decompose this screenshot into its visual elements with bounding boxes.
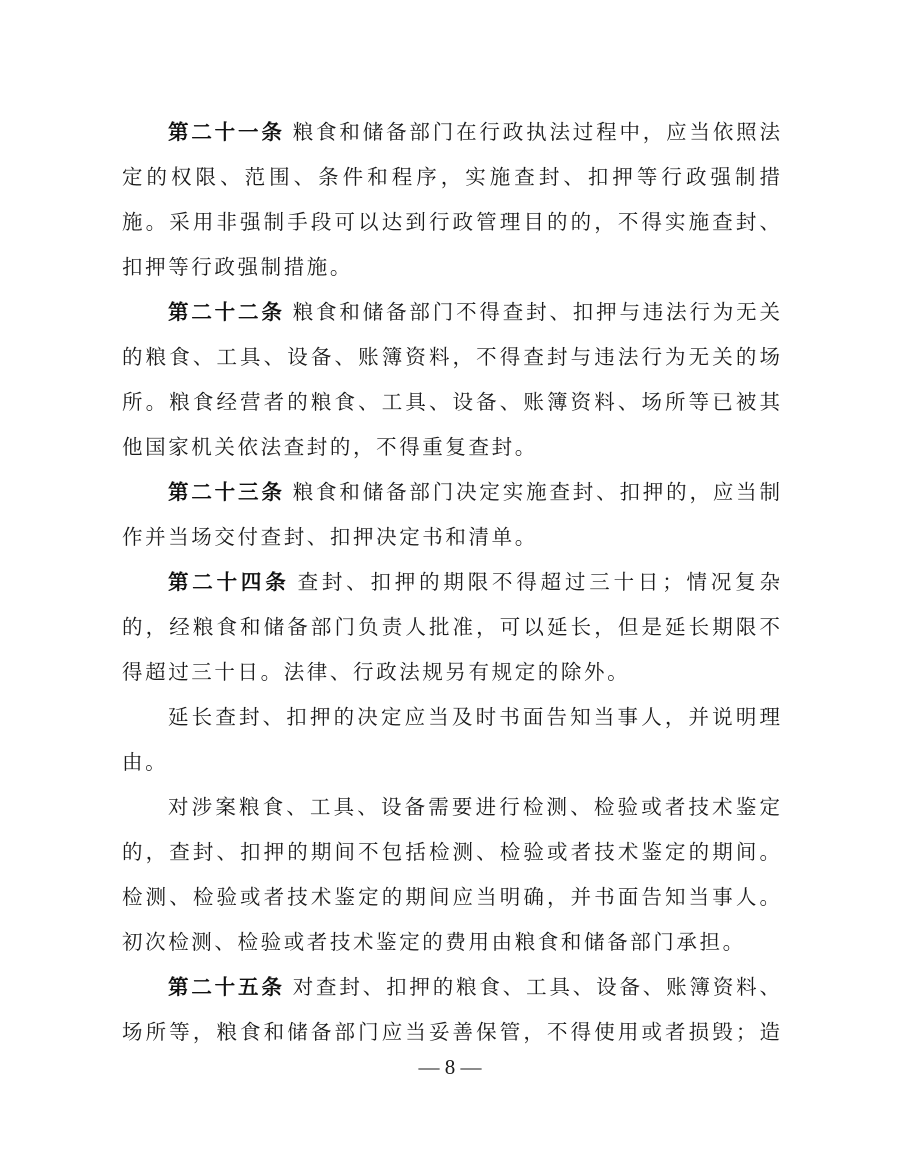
- article-24-para-2-line-1: 延长查封、扣押的决定应当及时书面告知当事人，并说明理: [122, 695, 780, 740]
- article-text: 查封、扣押的期限不得超过三十日；情况复杂: [298, 570, 780, 594]
- article-number: 第二十二条: [168, 300, 285, 324]
- article-23-line-1: 第二十三条粮食和储备部门决定实施查封、扣押的，应当制: [122, 470, 780, 515]
- article-25-line-2: 场所等，粮食和储备部门应当妥善保管，不得使用或者损毁；造: [122, 1010, 780, 1055]
- article-22-line-4: 他国家机关依法查封的，不得重复查封。: [122, 425, 780, 470]
- article-text: 粮食和储备部门在行政执法过程中，应当依照法: [293, 120, 780, 144]
- article-text: 粮食和储备部门决定实施查封、扣押的，应当制: [293, 480, 780, 504]
- article-24-para-3-line-4: 初次检测、检验或者技术鉴定的费用由粮食和储备部门承担。: [122, 920, 780, 965]
- article-number: 第二十一条: [168, 120, 285, 144]
- article-24-line-3: 得超过三十日。法律、行政法规另有规定的除外。: [122, 650, 780, 695]
- article-24-line-1: 第二十四条查封、扣押的期限不得超过三十日；情况复杂: [122, 560, 780, 605]
- article-23-line-2: 作并当场交付查封、扣押决定书和清单。: [122, 515, 780, 560]
- article-text: 粮食和储备部门不得查封、扣押与违法行为无关: [293, 300, 780, 324]
- article-number: 第二十三条: [168, 480, 285, 504]
- article-25-line-1: 第二十五条对查封、扣押的粮食、工具、设备、账簿资料、: [122, 965, 780, 1010]
- document-body: 第二十一条粮食和储备部门在行政执法过程中，应当依照法 定的权限、范围、条件和程序…: [122, 110, 780, 1055]
- article-21-line-1: 第二十一条粮食和储备部门在行政执法过程中，应当依照法: [122, 110, 780, 155]
- article-21-line-4: 扣押等行政强制措施。: [122, 245, 780, 290]
- article-22-line-1: 第二十二条粮食和储备部门不得查封、扣押与违法行为无关: [122, 290, 780, 335]
- article-24-para-3-line-3: 检测、检验或者技术鉴定的期间应当明确，并书面告知当事人。: [122, 875, 780, 920]
- article-number: 第二十五条: [168, 975, 285, 999]
- article-24-para-3-line-2: 的，查封、扣押的期间不包括检测、检验或者技术鉴定的期间。: [122, 830, 780, 875]
- document-page: 第二十一条粮食和储备部门在行政执法过程中，应当依照法 定的权限、范围、条件和程序…: [0, 0, 900, 1175]
- article-24-para-3-line-1: 对涉案粮食、工具、设备需要进行检测、检验或者技术鉴定: [122, 785, 780, 830]
- article-22-line-2: 的粮食、工具、设备、账簿资料，不得查封与违法行为无关的场: [122, 335, 780, 380]
- article-number: 第二十四条: [168, 570, 290, 594]
- article-24-para-2-line-2: 由。: [122, 740, 780, 785]
- article-text: 对查封、扣押的粮食、工具、设备、账簿资料、: [293, 975, 780, 999]
- article-21-line-3: 施。采用非强制手段可以达到行政管理目的的，不得实施查封、: [122, 200, 780, 245]
- article-22-line-3: 所。粮食经营者的粮食、工具、设备、账簿资料、场所等已被其: [122, 380, 780, 425]
- article-24-line-2: 的，经粮食和储备部门负责人批准，可以延长，但是延长期限不: [122, 605, 780, 650]
- article-21-line-2: 定的权限、范围、条件和程序，实施查封、扣押等行政强制措: [122, 155, 780, 200]
- page-number: — 8 —: [0, 1052, 900, 1082]
